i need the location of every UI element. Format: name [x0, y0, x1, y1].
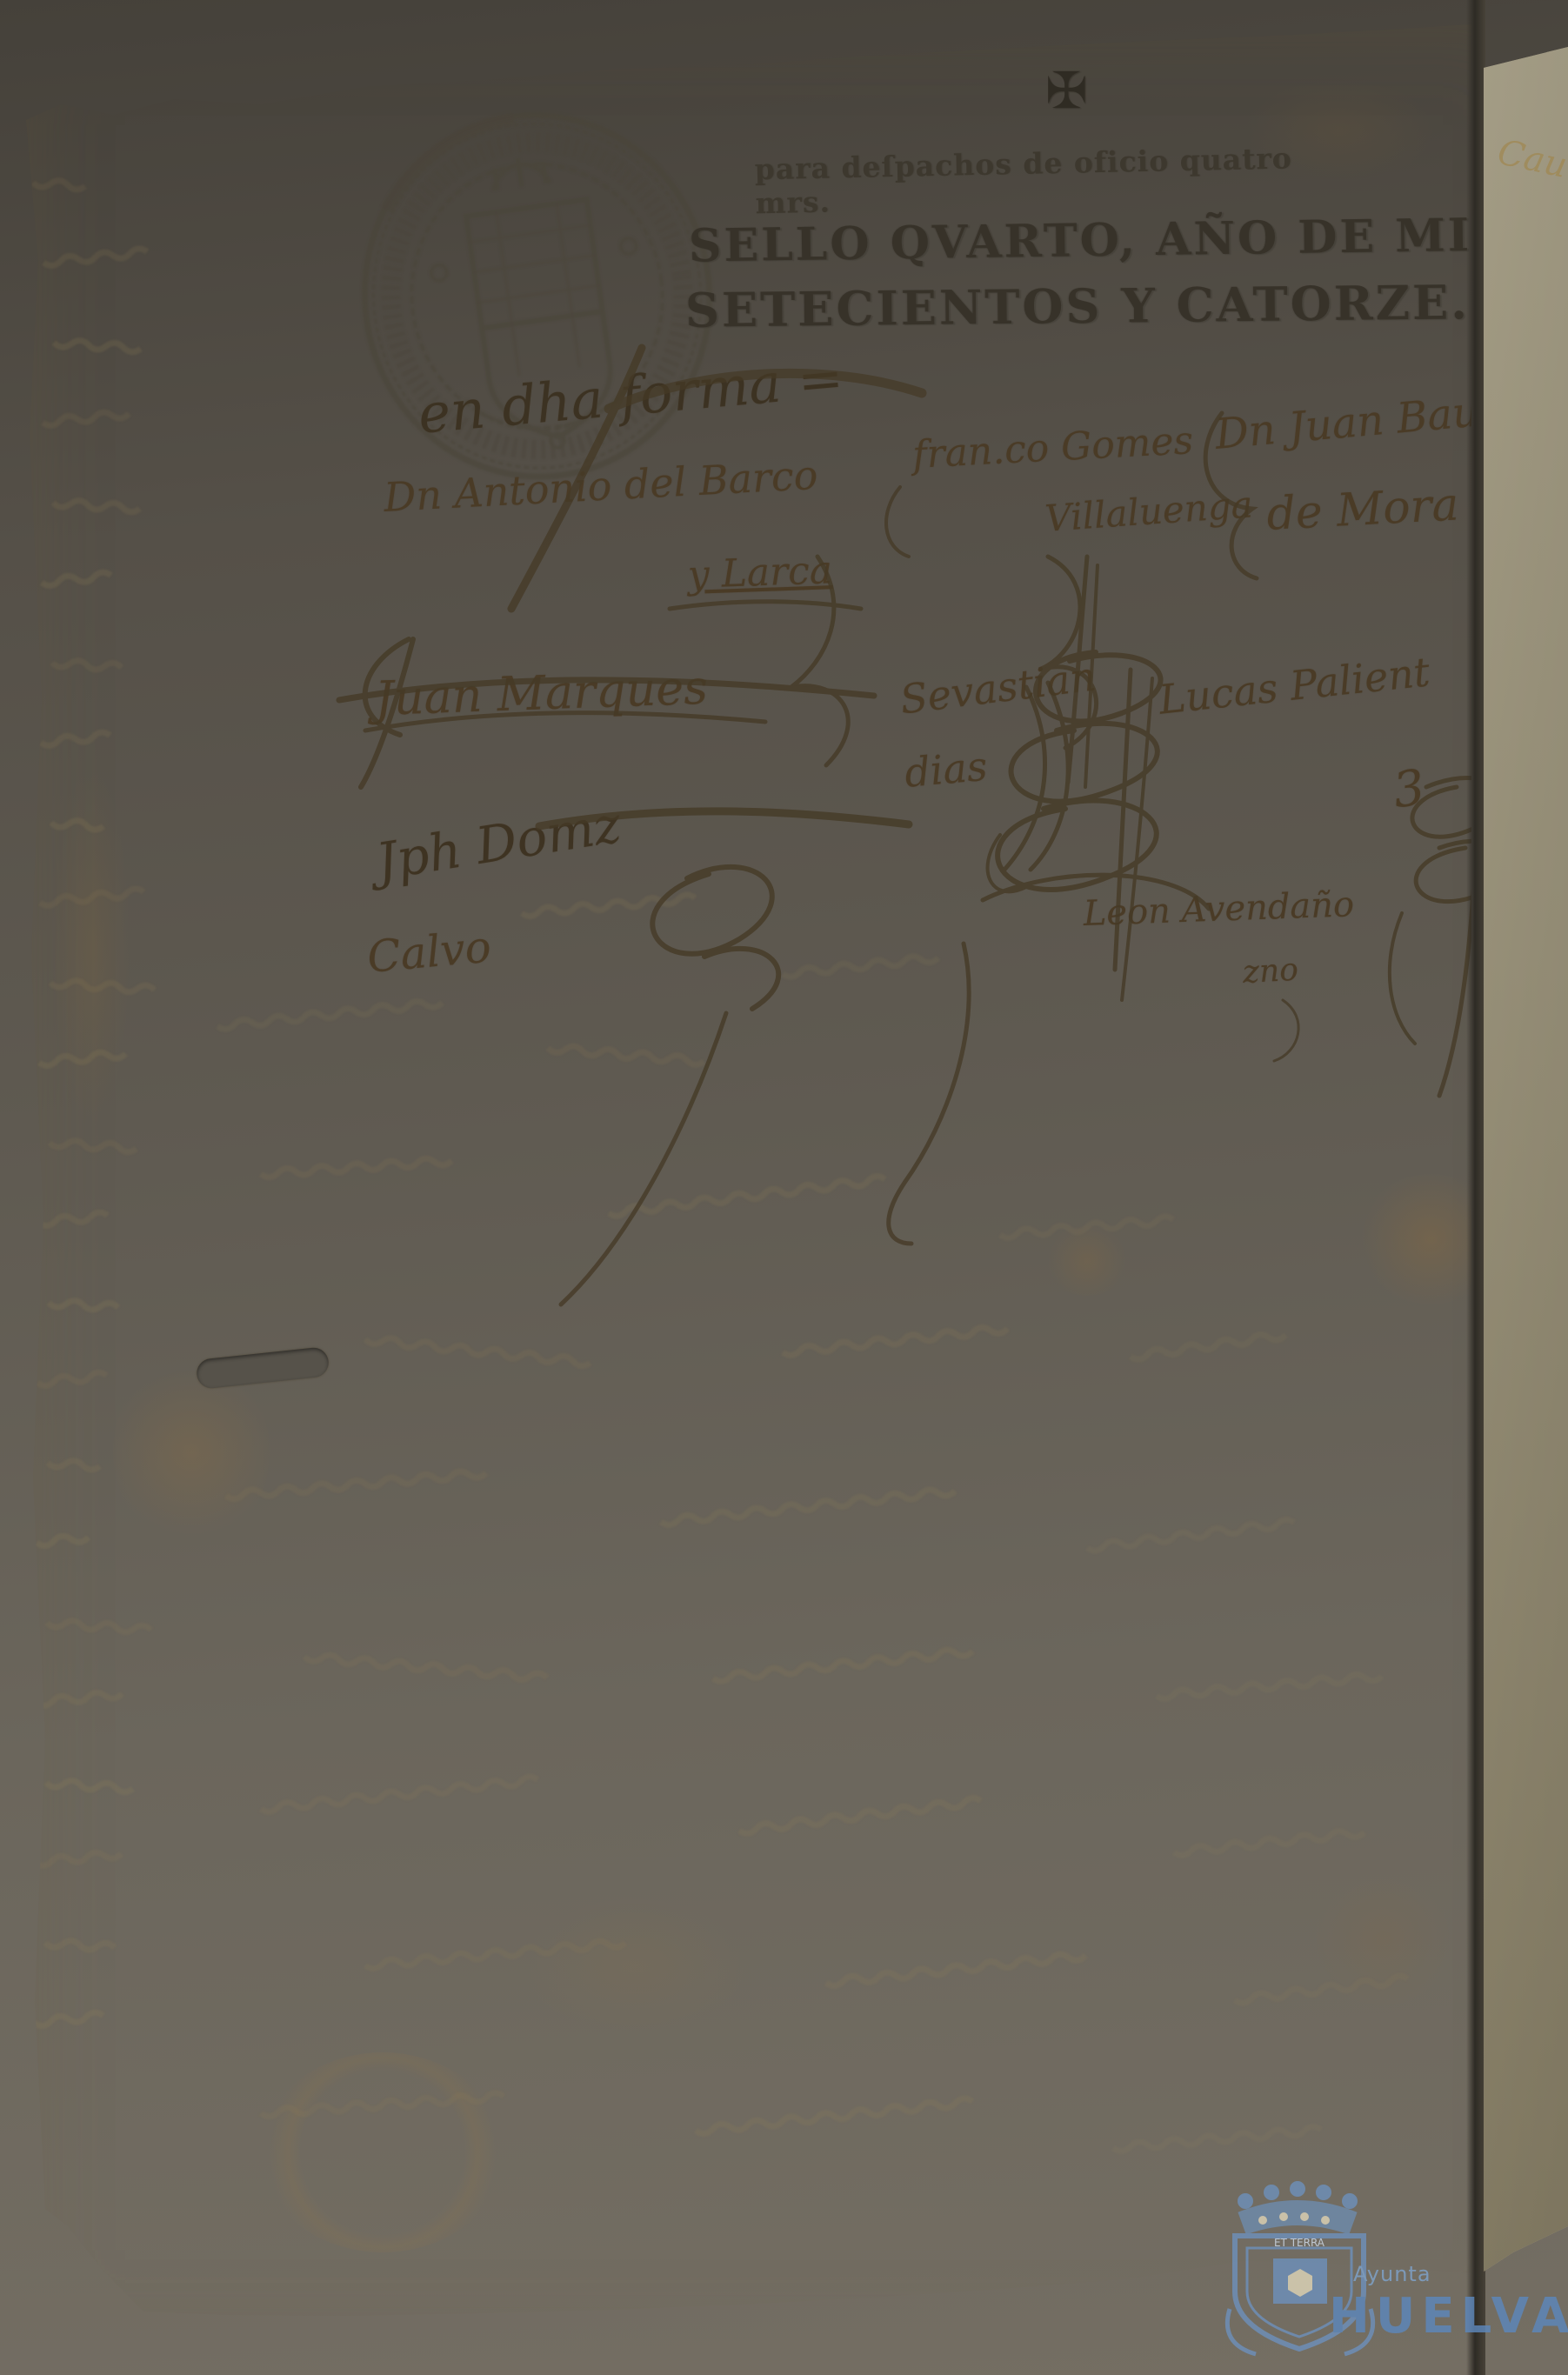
signature-jph-dominguez-2: Calvo — [365, 922, 493, 983]
signature-sebastian-dias: Sevastian — [897, 652, 1098, 723]
watermark-institution-name: HUELVA — [1329, 2288, 1568, 2345]
stain — [261, 2052, 504, 2252]
stain — [1313, 1870, 1452, 2009]
maltese-cross-icon: ✠ — [1045, 61, 1088, 120]
signature-juan-bautista-2: de Mora — [1265, 478, 1460, 540]
paper-hole — [196, 1346, 330, 1390]
page-gutter-shadow — [1466, 0, 1485, 2375]
signature-jph-dominguez: Jph Domz — [372, 795, 624, 891]
sello-stamp-line-2: SETECIENTOS Y CATORZE. — [685, 274, 1471, 337]
signature-lucas-paliente: Lucas Palient — [1157, 648, 1432, 723]
huelva-watermark: ET TERRA Ayunta HUELVA — [1218, 2178, 1565, 2375]
signature-francisco-gomes-2: Villaluenga — [1044, 483, 1254, 540]
stain — [52, 765, 130, 1131]
signature-sebastian-dias-2: dias — [903, 743, 990, 797]
signature-leon-avendano: Leon Avendaño — [1083, 884, 1355, 934]
fee-stamp-line: para deſpachos de oficio quatro mrs. — [754, 140, 1364, 221]
signature-paliente-mark: 3 — [1390, 759, 1428, 819]
watermark-motto: ET TERRA — [1274, 2237, 1325, 2249]
document-page: ✠ para deſpachos de oficio quatro mrs. S… — [0, 0, 1568, 2375]
signature-antonio-del-barco-2: y Larca — [687, 548, 833, 597]
watermark-institution-small: Ayunta — [1353, 2262, 1431, 2286]
photo-background: ✠ para deſpachos de oficio quatro mrs. S… — [0, 0, 1568, 2375]
signature-francisco-gomes: fran.co Gomes — [911, 418, 1194, 477]
signature-juan-marques: Juan Marques — [374, 660, 709, 726]
stain — [522, 1896, 748, 2035]
signature-antonio-del-barco: Dn Antonio del Barco — [383, 451, 819, 521]
stain — [113, 1357, 270, 1548]
signature-en-dha-forma: en dha forma = — [416, 345, 845, 445]
stain — [1044, 1226, 1131, 1296]
signature-avendano-rubric-text: zno — [1242, 952, 1299, 991]
sello-stamp-line-1: SELLO QVARTO, AÑO DE MIL — [689, 208, 1506, 272]
